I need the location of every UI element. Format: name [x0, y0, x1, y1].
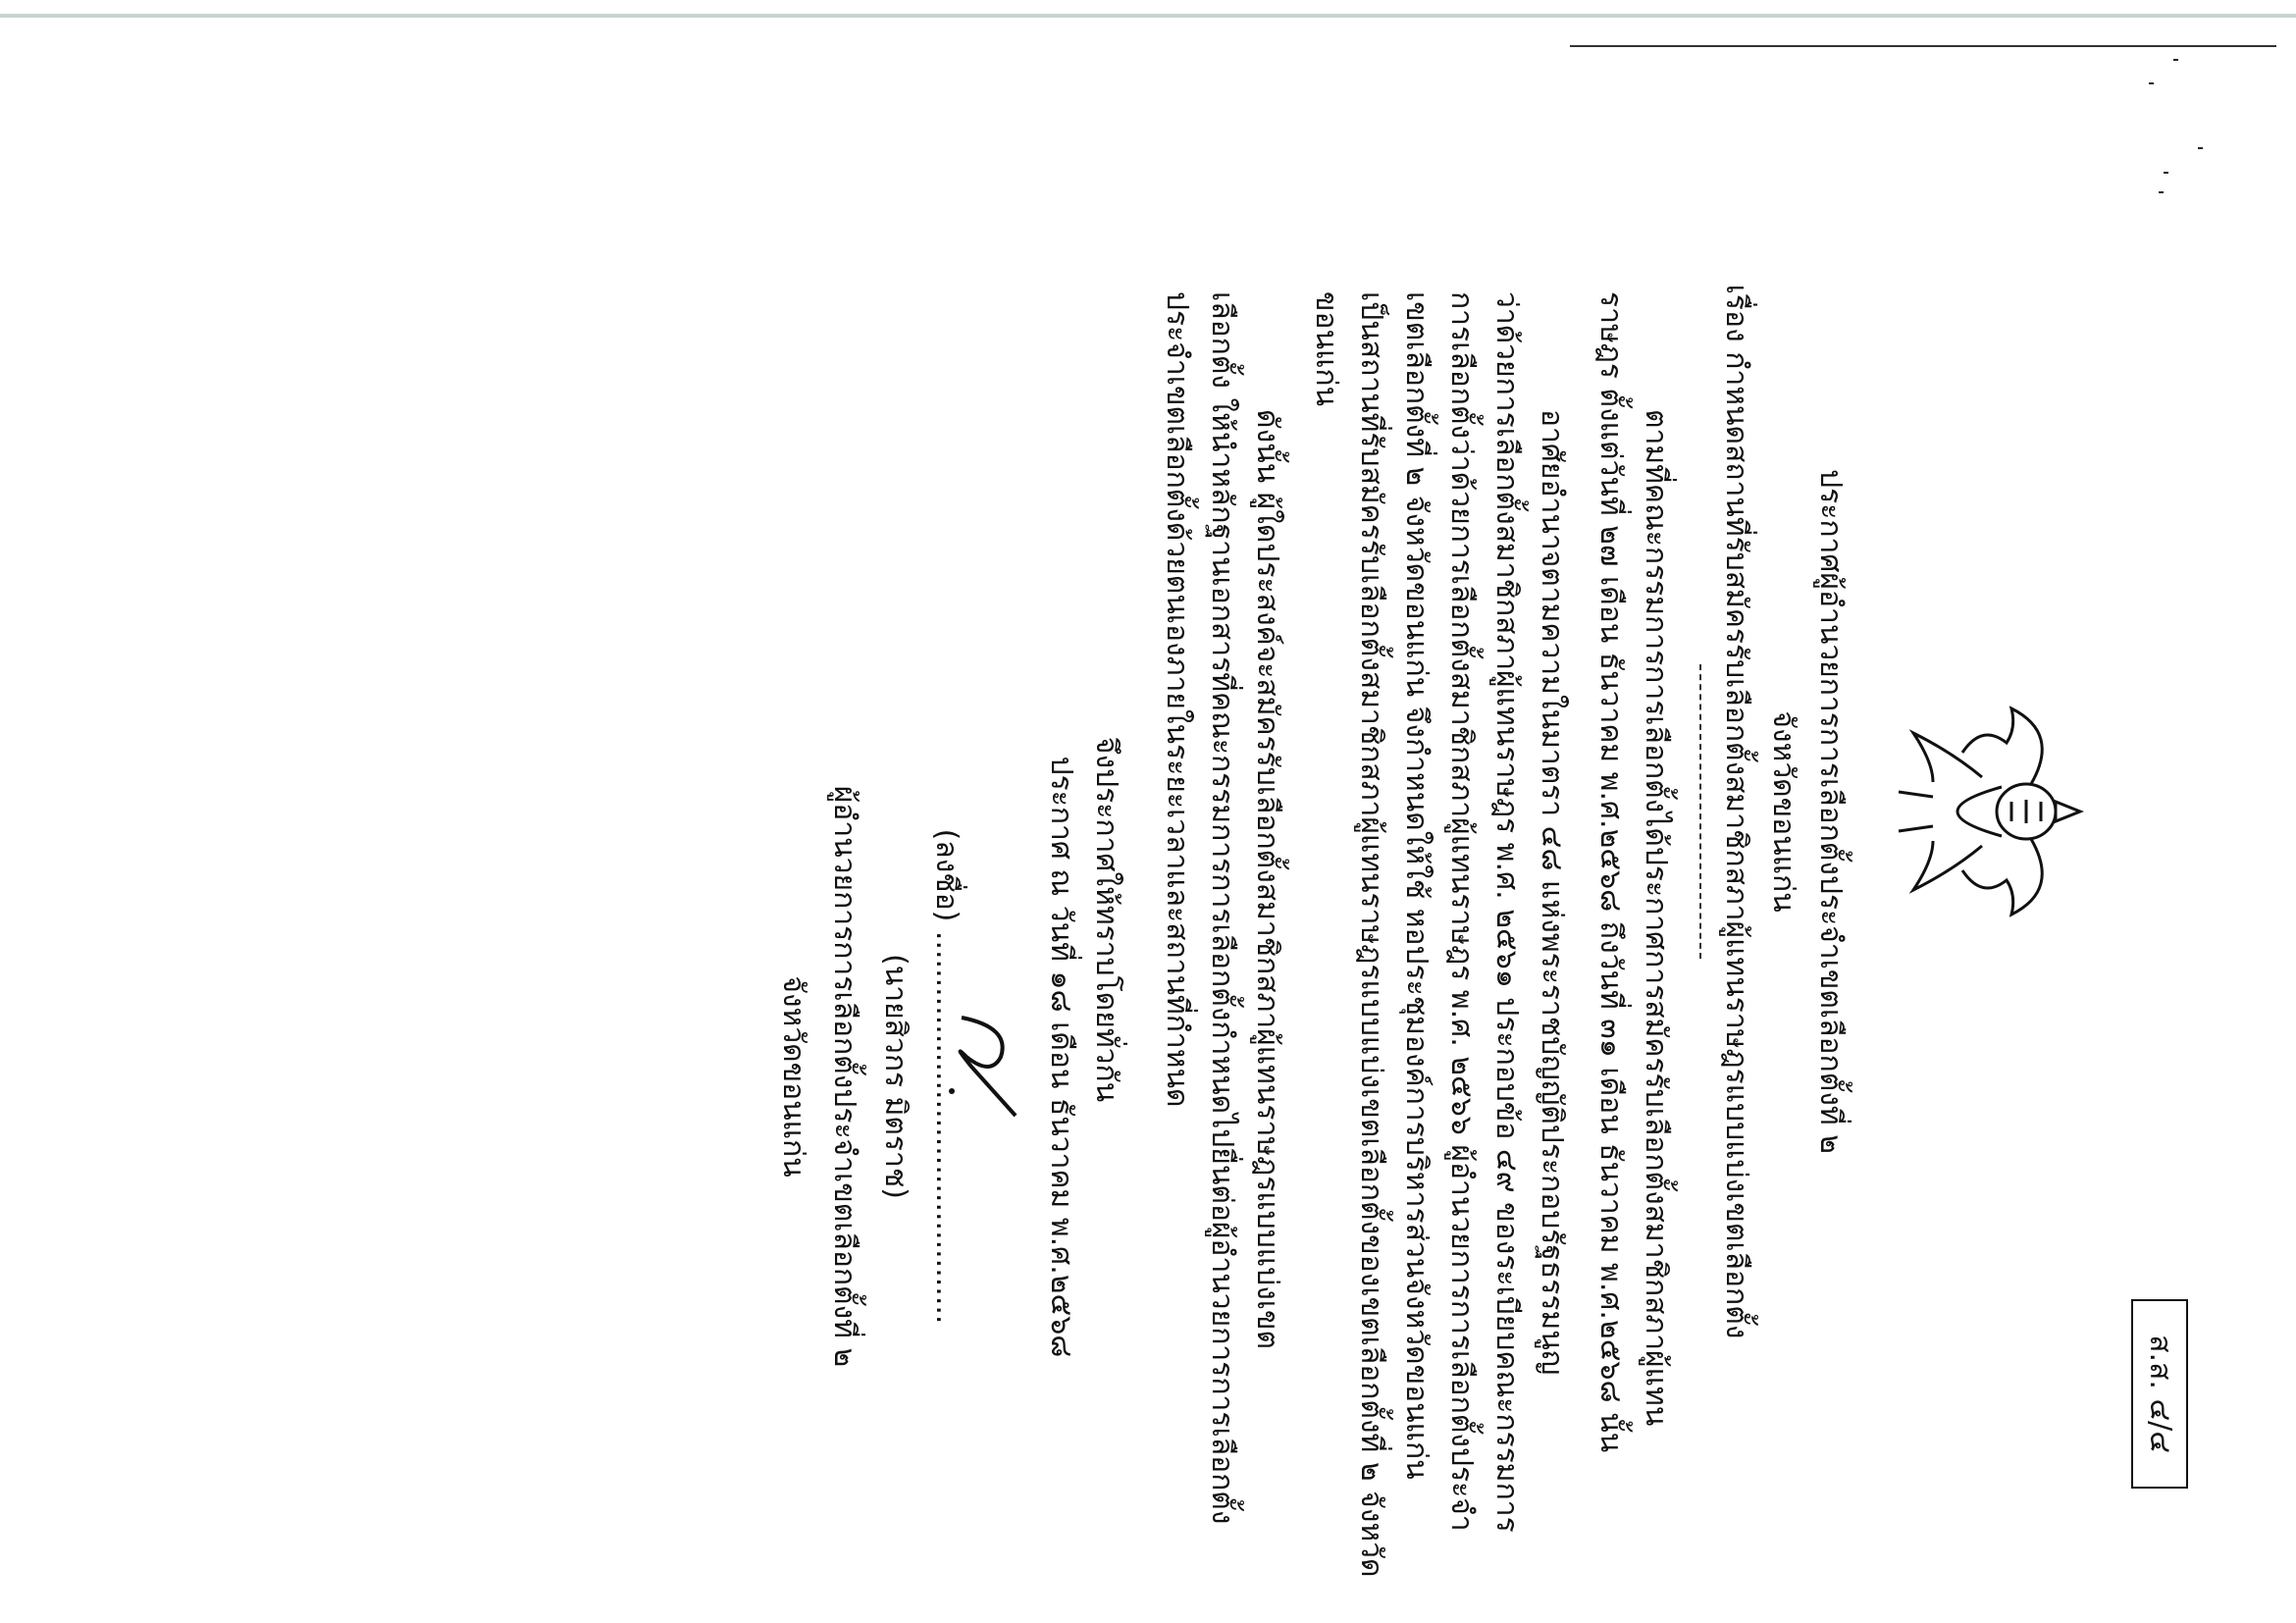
- signature-block: (ลงชื่อ) ...............................…: [767, 733, 971, 1420]
- paragraph-line: ราษฎร ตั้งแต่วันที่ ๒๗ เดือน ธันวาคม พ.ศ…: [1588, 291, 1633, 1469]
- scan-edge: [0, 14, 2296, 18]
- paragraph-line: ขอนแก่น: [1303, 291, 1348, 1469]
- paragraph-2: อาศัยอำนาจตามความในมาตรา ๔๘ แห่งพระราชบั…: [1303, 291, 1574, 1469]
- closing-block: จึงประกาศให้ทราบโดยทั่วกัน ประกาศ ณ วันท…: [1038, 46, 1128, 1577]
- form-code-box: ส.ส. ๔/๔: [2131, 1299, 2188, 1489]
- paragraph-line: เลือกตั้ง ให้นำหลักฐานเอกสารที่คณะกรรมกา…: [1199, 291, 1244, 1469]
- province-heading: จังหวัดขอนแก่น: [1768, 46, 1798, 1577]
- closing-statement: จึงประกาศให้ทราบโดยทั่วกัน: [1083, 46, 1128, 1577]
- document-page: ส.ส. ๔/๔ ประกาศผู้อำนวยการการเลือกตั้งปร…: [69, 46, 2227, 1577]
- paragraph-line: เขตเลือกตั้งที่ ๒ จังหวัดขอนแก่น จึงกำหน…: [1393, 291, 1438, 1469]
- signer-position: ผู้อำนวยการการเลือกตั้งประจำเขตเลือกตั้ง…: [818, 733, 869, 1420]
- paragraph-line: การเลือกตั้งว่าด้วยการเลือกตั้งสมาชิกสภา…: [1438, 291, 1484, 1469]
- document-title: ประกาศผู้อำนวยการการเลือกตั้งประจำเขตเลื…: [1815, 46, 1845, 1577]
- title-divider: [1699, 664, 1701, 959]
- paragraph-1: ตามที่คณะกรรมการการเลือกตั้งได้ประกาศการ…: [1588, 291, 1678, 1469]
- document-body: ตามที่คณะกรรมการการเลือกตั้งได้ประกาศการ…: [1140, 291, 1678, 1469]
- handwritten-signature-icon: [932, 998, 1030, 1145]
- paragraph-line: อาศัยอำนาจตามความในมาตรา ๔๘ แห่งพระราชบั…: [1529, 291, 1574, 1469]
- paragraph-line: ดังนั้น ผู้ใดประสงค์จะสมัครรับเลือกตั้งส…: [1244, 291, 1289, 1469]
- date-line: ประกาศ ณ วันที่ ๑๘ เดือน ธันวาคม พ.ศ.๒๕๖…: [1038, 46, 1083, 1577]
- paragraph-line: ว่าด้วยการเลือกตั้งสมาชิกสภาผู้แทนราษฎร …: [1484, 291, 1529, 1469]
- subject-line: เรื่อง กำหนดสถานที่รับสมัครรับเลือกตั้งส…: [1721, 46, 1750, 1577]
- paragraph-line: ประจำเขตเลือกตั้งด้วยตนเองภายในระยะเวลาแ…: [1154, 291, 1199, 1469]
- garuda-emblem-icon: [1884, 694, 2100, 929]
- paragraph-line: ตามที่คณะกรรมการการเลือกตั้งได้ประกาศการ…: [1633, 291, 1678, 1469]
- signer-name: (นายสิวกร มิตราช): [869, 733, 920, 1420]
- title-block: ประกาศผู้อำนวยการการเลือกตั้งประจำเขตเลื…: [1682, 46, 1845, 1577]
- paragraph-3: ดังนั้น ผู้ใดประสงค์จะสมัครรับเลือกตั้งส…: [1154, 291, 1289, 1469]
- paragraph-line: เป็นสถานที่รับสมัครรับเลือกตั้งสมาชิกสภา…: [1348, 291, 1393, 1469]
- signer-province: จังหวัดขอนแก่น: [767, 733, 818, 1420]
